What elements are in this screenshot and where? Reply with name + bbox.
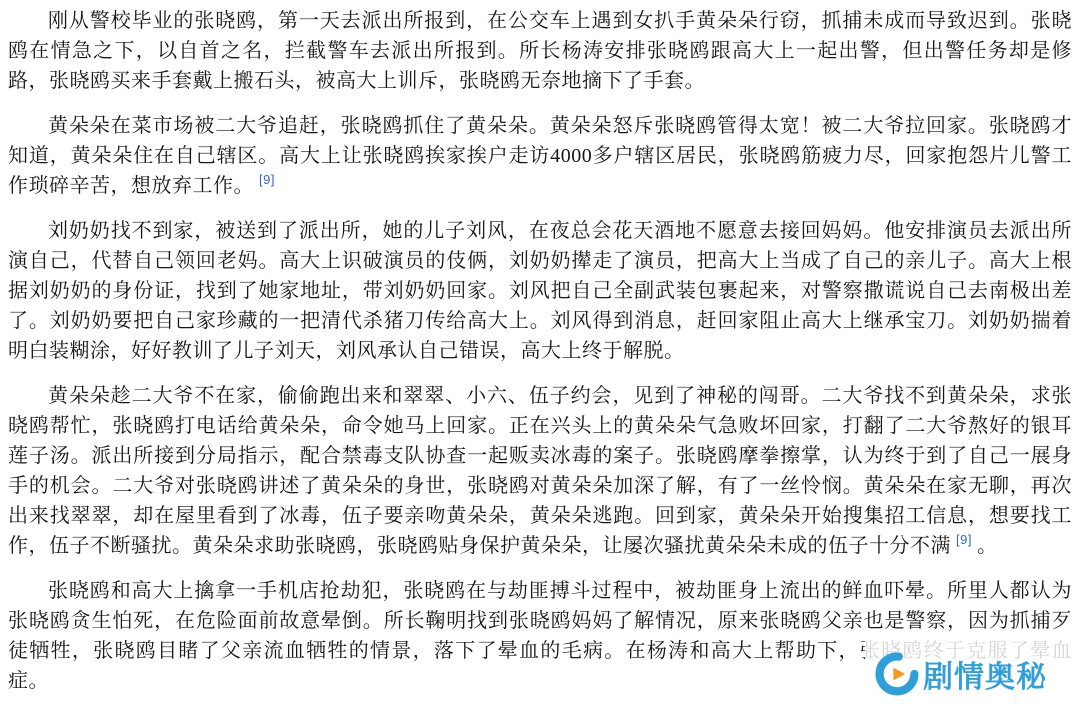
citation-marker: [9] xyxy=(259,172,275,187)
watermark-brand-text: 剧情奥秘 xyxy=(923,652,1047,696)
site-watermark: 剧情奥秘 xyxy=(865,637,1080,711)
paragraph-text: 刘奶奶找不到家，被送到了派出所，她的儿子刘风，在夜总会花天酒地不愿意去接回妈妈。… xyxy=(8,220,1072,362)
citation-marker: [9] xyxy=(956,532,972,547)
citation-link[interactable]: [9] xyxy=(956,532,972,547)
plot-paragraph-4: 黄朵朵趁二大爷不在家，偷偷跑出来和翠翠、小六、伍子约会，见到了神秘的闯哥。二大爷… xyxy=(8,381,1072,561)
play-swirl-icon xyxy=(875,652,919,696)
paragraph-text: 黄朵朵趁二大爷不在家，偷偷跑出来和翠翠、小六、伍子约会，见到了神秘的闯哥。二大爷… xyxy=(8,385,1072,557)
paragraph-text: 刚从警校毕业的张晓鸥，第一天去派出所报到，在公交车上遇到女扒手黄朵朵行窃，抓捕未… xyxy=(8,10,1072,92)
citation-link[interactable]: [9] xyxy=(259,172,275,187)
plot-paragraph-1: 刚从警校毕业的张晓鸥，第一天去派出所报到，在公交车上遇到女扒手黄朵朵行窃，抓捕未… xyxy=(8,6,1072,96)
plot-paragraph-2: 黄朵朵在菜市场被二大爷追赶，张晓鸥抓住了黄朵朵。黄朵朵怒斥张晓鸥管得太宽！被二大… xyxy=(8,111,1072,201)
plot-summary-article: 刚从警校毕业的张晓鸥，第一天去派出所报到，在公交车上遇到女扒手黄朵朵行窃，抓捕未… xyxy=(0,0,1080,696)
paragraph-text-after-citation: 。 xyxy=(977,535,998,557)
paragraph-text: 黄朵朵在菜市场被二大爷追赶，张晓鸥抓住了黄朵朵。黄朵朵怒斥张晓鸥管得太宽！被二大… xyxy=(8,115,1072,197)
plot-paragraph-3: 刘奶奶找不到家，被送到了派出所，她的儿子刘风，在夜总会花天酒地不愿意去接回妈妈。… xyxy=(8,216,1072,366)
